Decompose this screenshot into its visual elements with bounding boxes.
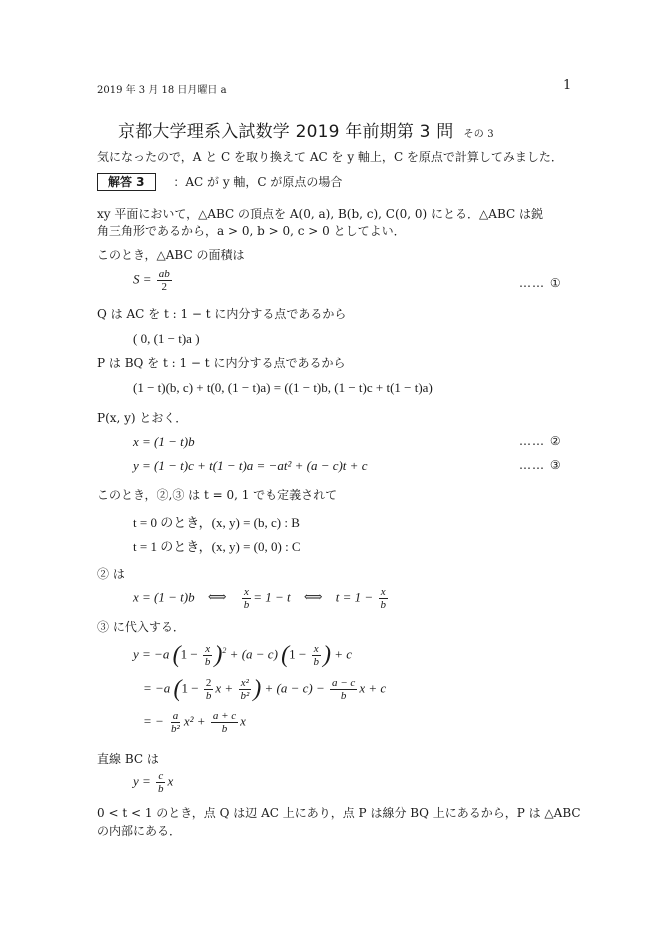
intro-text: 気になったので，A と C を取り換えて AC を y 軸上，C を原点で計算し… [97, 150, 563, 165]
answer-heading: 解答 3 ：AC が y 軸，C が原点の場合 [97, 175, 342, 190]
answer-caption: ：AC が y 軸，C が原点の場合 [173, 175, 342, 189]
substitution-line-3: = − ab²x² + a + cbx [143, 710, 246, 735]
title-sub: その 3 [464, 129, 494, 140]
p-intro: P は BQ を t : 1 − t に内分する点であるから [97, 356, 345, 371]
t1-case: t = 1 のとき，(x, y) = (0, 0) : C [133, 536, 301, 555]
equation-2: x = (1 − t)b [133, 434, 195, 450]
title-main: 京都大学理系入試数学 2019 年前期第 3 問 [118, 122, 454, 142]
substitution-line-1: y = −a (1 − xb)2 + (a − c) (1 − xb) + c [133, 642, 352, 669]
eq-tag-1: …… ① [519, 276, 562, 290]
solve-x-equation: x = (1 − t)b ⟺ xb= 1 − t ⟺ t = 1 − xb [133, 586, 390, 611]
area-intro: このとき，△ABC の面積は [97, 248, 244, 263]
eq-tag-2: …… ② [519, 434, 562, 448]
q-intro: Q は AC を t : 1 − t に内分する点であるから [97, 307, 346, 322]
conclusion-line1: 0 < t < 1 のとき，点 Q は辺 AC 上にあり，点 P は線分 BQ … [97, 806, 581, 821]
eq2-is: ② は [97, 567, 125, 582]
p1-line2: 角三角形であるから，a > 0, b > 0, c > 0 としてよい． [97, 224, 406, 239]
substitution-line-2: = −a (1 − 2bx + x²b²) + (a − c) − a − cb… [143, 676, 386, 703]
p1-line1: xy 平面において，△ABC の頂点を A(0, a), B(b, c), C(… [97, 207, 543, 222]
bc-equation: y = cbx [133, 770, 173, 795]
defined-text: このとき，②,③ は t = 0, 1 でも定義されて [97, 488, 337, 503]
conclusion-line2: の内部にある． [97, 824, 181, 839]
equation-3: y = (1 − t)c + t(1 − t)a = −at² + (a − c… [133, 458, 367, 474]
subst-text: ③ に代入する． [97, 620, 185, 635]
page-number: 1 [563, 78, 571, 93]
p-coordinate: (1 − t)(b, c) + t(0, (1 − t)a) = ((1 − t… [133, 380, 433, 396]
q-coordinate: ( 0, (1 − t)a ) [133, 331, 200, 347]
bc-line-text: 直線 BC は [97, 752, 159, 767]
p-set: P(x, y) とおく． [97, 411, 187, 426]
answer-label: 解答 3 [97, 173, 156, 191]
t0-case: t = 0 のとき，(x, y) = (b, c) : B [133, 512, 300, 531]
header-date: 2019 年 3 月 18 日月曜日 a [97, 81, 227, 96]
page-title: 京都大学理系入試数学 2019 年前期第 3 問その 3 [118, 117, 494, 142]
area-equation: S = ab2 [133, 268, 174, 293]
eq-tag-3: …… ③ [519, 458, 562, 472]
